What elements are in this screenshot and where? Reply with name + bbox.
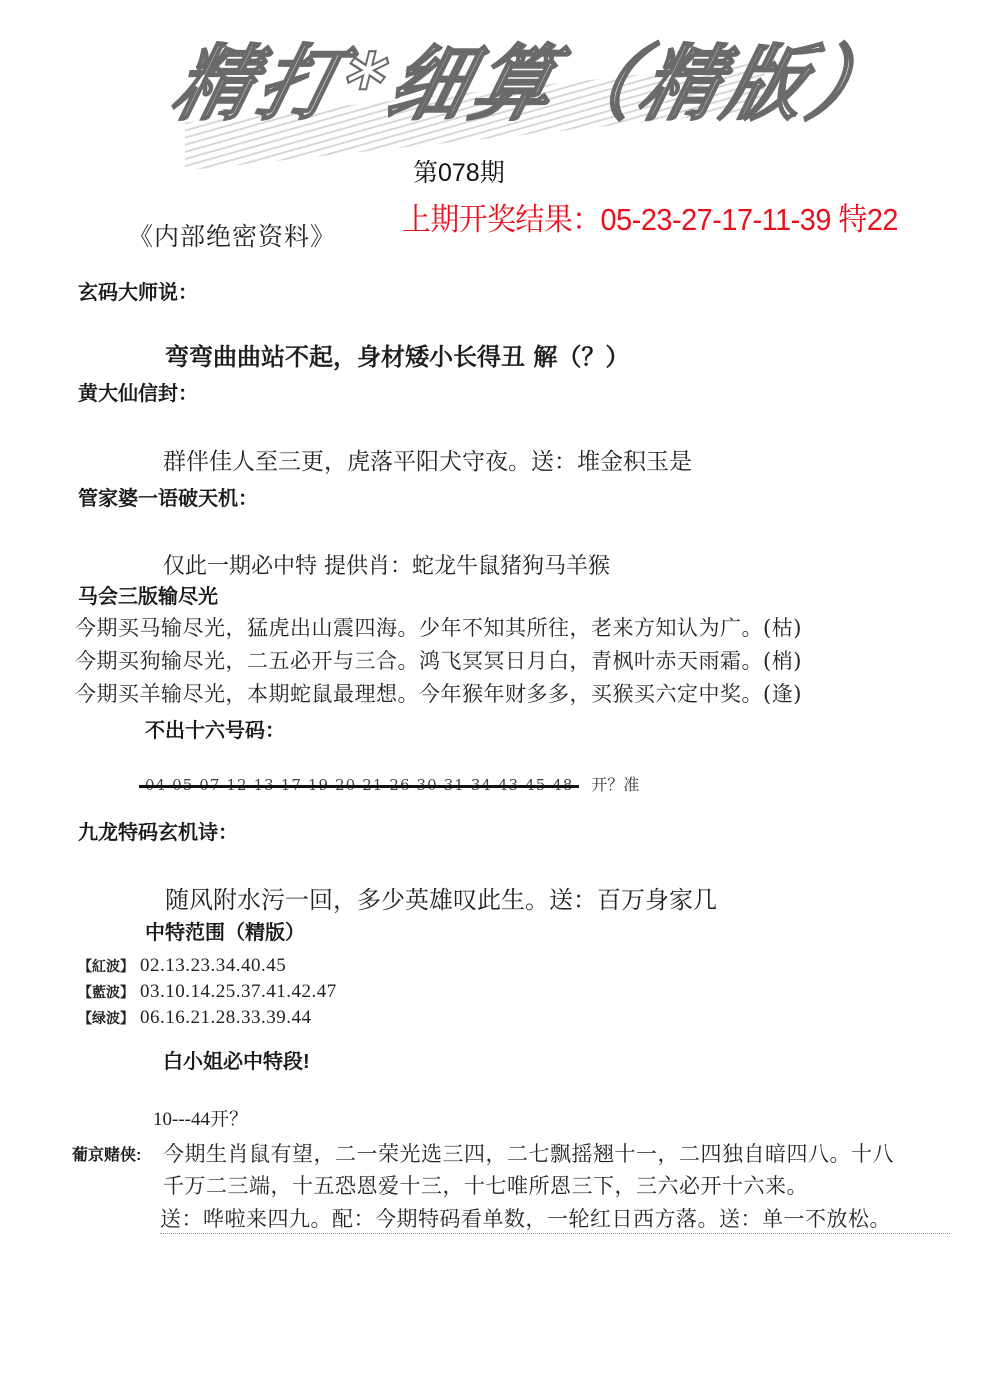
last-draw-special: 特22 [838, 202, 898, 237]
section-label-xuanma: 玄码大师说： [78, 276, 198, 305]
gambler-line: 千万二三端，十五恐恩爱十三，十七唯所恩三下，三六必开十六来。 [163, 1170, 808, 1200]
wave-numbers: 03.10.14.25.37.41.42.47 [140, 981, 337, 1002]
wave-row-blue: 【藍波】03.10.14.25.37.41.42.47 [78, 981, 337, 1003]
section-label-guanjiapo: 管家婆一语破天机： [78, 482, 258, 511]
mahui-line: 今期买马输尽光，猛虎出山震四海。少年不知其所往，老来方知认为广。(枯) [75, 612, 802, 642]
excluded-numbers-tail: 开？准 [591, 775, 639, 794]
excluded-numbers: 04-05-07-12-13-17-19-20-21-26-30-31-34-4… [145, 776, 573, 794]
last-draw-numbers: 05-23-27-17-11-39 [601, 202, 831, 237]
gambler-line: 今期生肖鼠有望，二一荣光选三四，二七飘摇翘十一，二四独自暗四八。十八 [163, 1138, 894, 1168]
wave-row-red: 【紅波】02.13.23.34.40.45 [78, 955, 286, 977]
last-draw-label: 上期开奖结果： [402, 202, 601, 237]
riddle-text: 弯弯曲曲站不起，身材矮小长得丑 解（？） [165, 337, 629, 372]
section-label-no16: 不出十六号码： [145, 714, 285, 743]
wave-tag: 【绿波】 [78, 1011, 134, 1027]
jiulong-text: 随风附水污一回，多少英雄叹此生。送：百万身家几 [165, 880, 717, 915]
section-label-range: 中特范围（精版） [145, 916, 305, 945]
wave-row-green: 【绿波】06.16.21.28.33.39.44 [78, 1007, 312, 1029]
wave-tag: 【紅波】 [78, 959, 134, 975]
wave-numbers: 06.16.21.28.33.39.44 [140, 1007, 312, 1028]
wave-tag: 【藍波】 [78, 985, 134, 1001]
issue-number: 第078期 [413, 153, 505, 189]
page-subtitle: 《内部绝密资料》 [128, 217, 336, 253]
banner-title-text: 精打*细算（精版） [160, 27, 800, 148]
huangdaxian-text: 群伴佳人至三更，虎落平阳犬守夜。送：堆金积玉是 [163, 443, 692, 476]
mahui-line: 今期买羊输尽光，本期蛇鼠最理想。今年猴年财多多，买猴买六定中奖。(逢) [75, 678, 802, 708]
gambler-line: 送：哗啦来四九。配：今期特码看单数，一轮红日西方落。送：单一不放松。 [160, 1203, 950, 1234]
guanjiapo-text: 仅此一期必中特 提供肖：蛇龙牛鼠猪狗马羊猴 [163, 549, 610, 580]
section-label-jiulong: 九龙特码玄机诗： [78, 816, 238, 845]
excluded-numbers-row: 04-05-07-12-13-17-19-20-21-26-30-31-34-4… [145, 772, 639, 795]
bai-text: 10---44开？ [153, 1104, 248, 1131]
section-label-huangdaxian: 黄大仙信封： [78, 377, 198, 406]
mahui-line: 今期买狗输尽光，二五必开与三合。鸿飞冥冥日月白，青枫叶赤天雨霜。(梢) [75, 645, 802, 675]
section-label-bai: 白小姐必中特段! [163, 1045, 310, 1074]
banner-title: 精打*细算（精版） [175, 30, 785, 145]
section-label-mahui: 马会三版输尽光 [78, 580, 218, 609]
last-draw-result: 上期开奖结果：05-23-27-17-11-39 特22 [402, 194, 898, 239]
wave-numbers: 02.13.23.34.40.45 [140, 955, 286, 976]
section-label-gambler: 葡京赌侠: [72, 1142, 141, 1165]
